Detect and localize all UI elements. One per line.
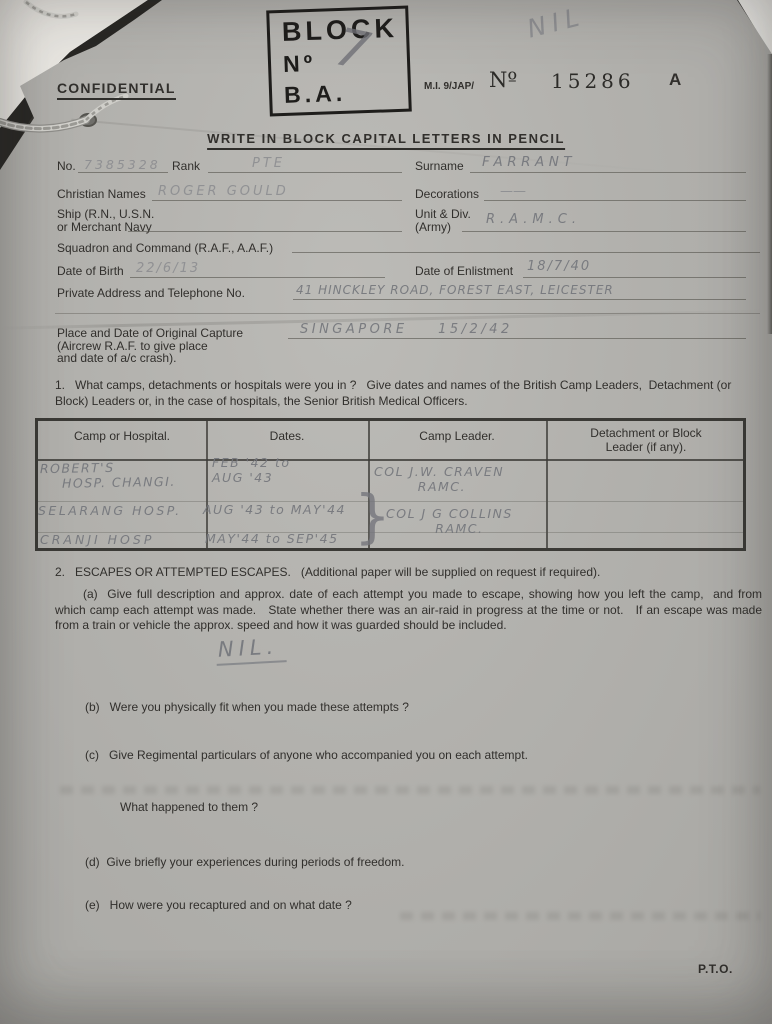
address-label: Private Address and Telephone No. (57, 287, 245, 300)
unit-value: R.A.M.C. (486, 212, 581, 227)
ship-label-line2: or Merchant Navy (57, 221, 152, 234)
table-row-2-3-leader: COL J G COLLINS RAMC. (386, 506, 513, 536)
string-fragment-icon (18, 0, 98, 30)
paper-edge-shadow (767, 54, 772, 334)
page-turn-note: P.T.O. (698, 962, 733, 976)
address-value: 41 HINCKLEY ROAD, FOREST EAST, LEICESTER (296, 283, 614, 297)
reference-no-label: Nº (489, 68, 517, 92)
table-row-1-leader: COL J.W. CRAVEN RAMC. (374, 464, 504, 494)
question-2c-text: (c) Give Regimental particulars of anyon… (85, 748, 745, 764)
surname-label: Surname (415, 160, 464, 173)
classification-heading: CONFIDENTIAL (57, 80, 176, 100)
camp-table-header-detachment: Detachment or Block Leader (if any). (546, 427, 746, 454)
table-row-3-dates: MAY'44 to SEP'45 (205, 531, 339, 546)
decorations-value: —— (500, 184, 526, 199)
question-2c-followup-text: What happened to them ? (120, 800, 258, 816)
christian-names-value: ROGER GOULD (158, 184, 289, 199)
date-of-birth-label: Date of Birth (57, 265, 124, 278)
instruction-heading: WRITE IN BLOCK CAPITAL LETTERS IN PENCIL (207, 131, 565, 150)
question-2a-text: (a) Give full description and approx. da… (55, 587, 762, 634)
reference-prefix: M.I. 9/JAP/ (424, 81, 474, 92)
capture-label-line3: and date of a/c crash). (57, 352, 176, 365)
question-2d-text: (d) Give briefly your experiences during… (85, 855, 745, 871)
rank-label: Rank (172, 160, 200, 173)
service-no-value: 7385328 (84, 157, 161, 172)
date-of-enlistment-value: 18/7/40 (527, 259, 591, 274)
bleed-through-smudge-2 (400, 912, 760, 920)
squadron-label: Squadron and Command (R.A.F., A.A.F.) (57, 242, 273, 255)
decorations-label: Decorations (415, 188, 479, 201)
question-2b-text: (b) Were you physically fit when you mad… (85, 700, 745, 716)
table-leader-brace: } (354, 486, 391, 546)
camp-table-header-camp: Camp or Hospital. (38, 430, 206, 444)
question-2a-answer: NIL. (215, 634, 287, 666)
unit-label-line2: (Army) (415, 221, 451, 234)
rank-value: PTE (252, 156, 285, 171)
christian-names-label: Christian Names (57, 188, 146, 201)
surname-value: FARRANT (482, 154, 576, 170)
stamp-line-ba: B.A. (284, 78, 409, 109)
bleed-through-smudge-1 (60, 786, 760, 794)
question-1-text: 1. What camps, detachments or hospitals … (55, 378, 761, 409)
reference-number: 15286 (551, 69, 635, 93)
table-row-2-camp: SELARANG HOSP. (38, 503, 182, 518)
scanned-pow-questionnaire-page: CONFIDENTIAL BLOCK Nº B.A. 7 M.I. 9/JAP/… (0, 0, 772, 1024)
table-row-1-dates: FEB '42 to AUG '43 (212, 455, 291, 485)
service-no-label: No. (57, 160, 76, 173)
capture-value: SINGAPORE 15/2/42 (300, 322, 513, 337)
camp-table-header-dates: Dates. (206, 430, 368, 444)
camp-table-header-leader: Camp Leader. (368, 430, 546, 444)
date-of-birth-value: 22/6/13 (136, 261, 200, 276)
date-of-enlistment-label: Date of Enlistment (415, 265, 513, 278)
table-row-2-dates: AUG '43 to MAY'44 (203, 502, 346, 517)
question-2-heading: 2. ESCAPES OR ATTEMPTED ESCAPES. (Additi… (55, 565, 765, 581)
table-row-1-camp: ROBERT'S HOSP. CHANGI. (40, 459, 176, 491)
reference-series: A (669, 70, 681, 90)
table-row-3-camp: CRANJI HOSP (40, 532, 154, 547)
